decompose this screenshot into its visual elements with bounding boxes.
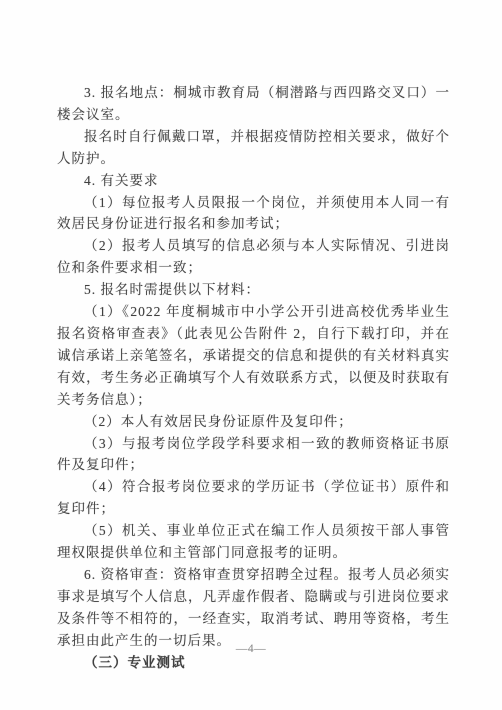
- paragraph-material-4: （4）符合报考岗位要求的学历证书（学位证书）原件和复印件；: [57, 476, 450, 520]
- paragraph-material-2: （2）本人有效居民身份证原件及复印件；: [57, 411, 450, 433]
- paragraph-qualification-review: 6. 资格审查：资格审查贯穿招聘全过程。报考人员必须实事求是填写个人信息，凡弄虚…: [57, 564, 450, 652]
- paragraph-material-5: （5）机关、事业单位正式在编工作人员须按干部人事管理权限提供单位和主管部门同意报…: [57, 520, 450, 564]
- paragraph-requirement-2: （2）报考人员填写的信息必须与本人实际情况、引进岗位和条件要求相一致；: [57, 235, 450, 279]
- paragraph-mask-requirement: 报名时自行佩戴口罩，并根据疫情防控相关要求，做好个人防护。: [57, 126, 450, 170]
- paragraph-registration-location: 3. 报名地点：桐城市教育局（桐潜路与西四路交叉口）一楼会议室。: [57, 82, 450, 126]
- paragraph-material-3: （3）与报考岗位学段学科要求相一致的教师资格证书原件及复印件；: [57, 433, 450, 477]
- document-body: 3. 报名地点：桐城市教育局（桐潜路与西四路交叉口）一楼会议室。 报名时自行佩戴…: [57, 0, 450, 673]
- paragraph-materials-heading: 5. 报名时需提供以下材料：: [57, 279, 450, 301]
- paragraph-requirements-heading: 4. 有关要求: [57, 170, 450, 192]
- page-number: —4—: [0, 643, 502, 655]
- paragraph-material-1: （1）《2022 年度桐城市中小学公开引进高校优秀毕业生报名资格审查表》（此表见…: [57, 301, 450, 411]
- document-page: 3. 报名地点：桐城市教育局（桐潜路与西四路交叉口）一楼会议室。 报名时自行佩戴…: [0, 0, 502, 710]
- paragraph-requirement-1: （1）每位报考人员限报一个岗位，并须使用本人同一有效居民身份证进行报名和参加考试…: [57, 192, 450, 236]
